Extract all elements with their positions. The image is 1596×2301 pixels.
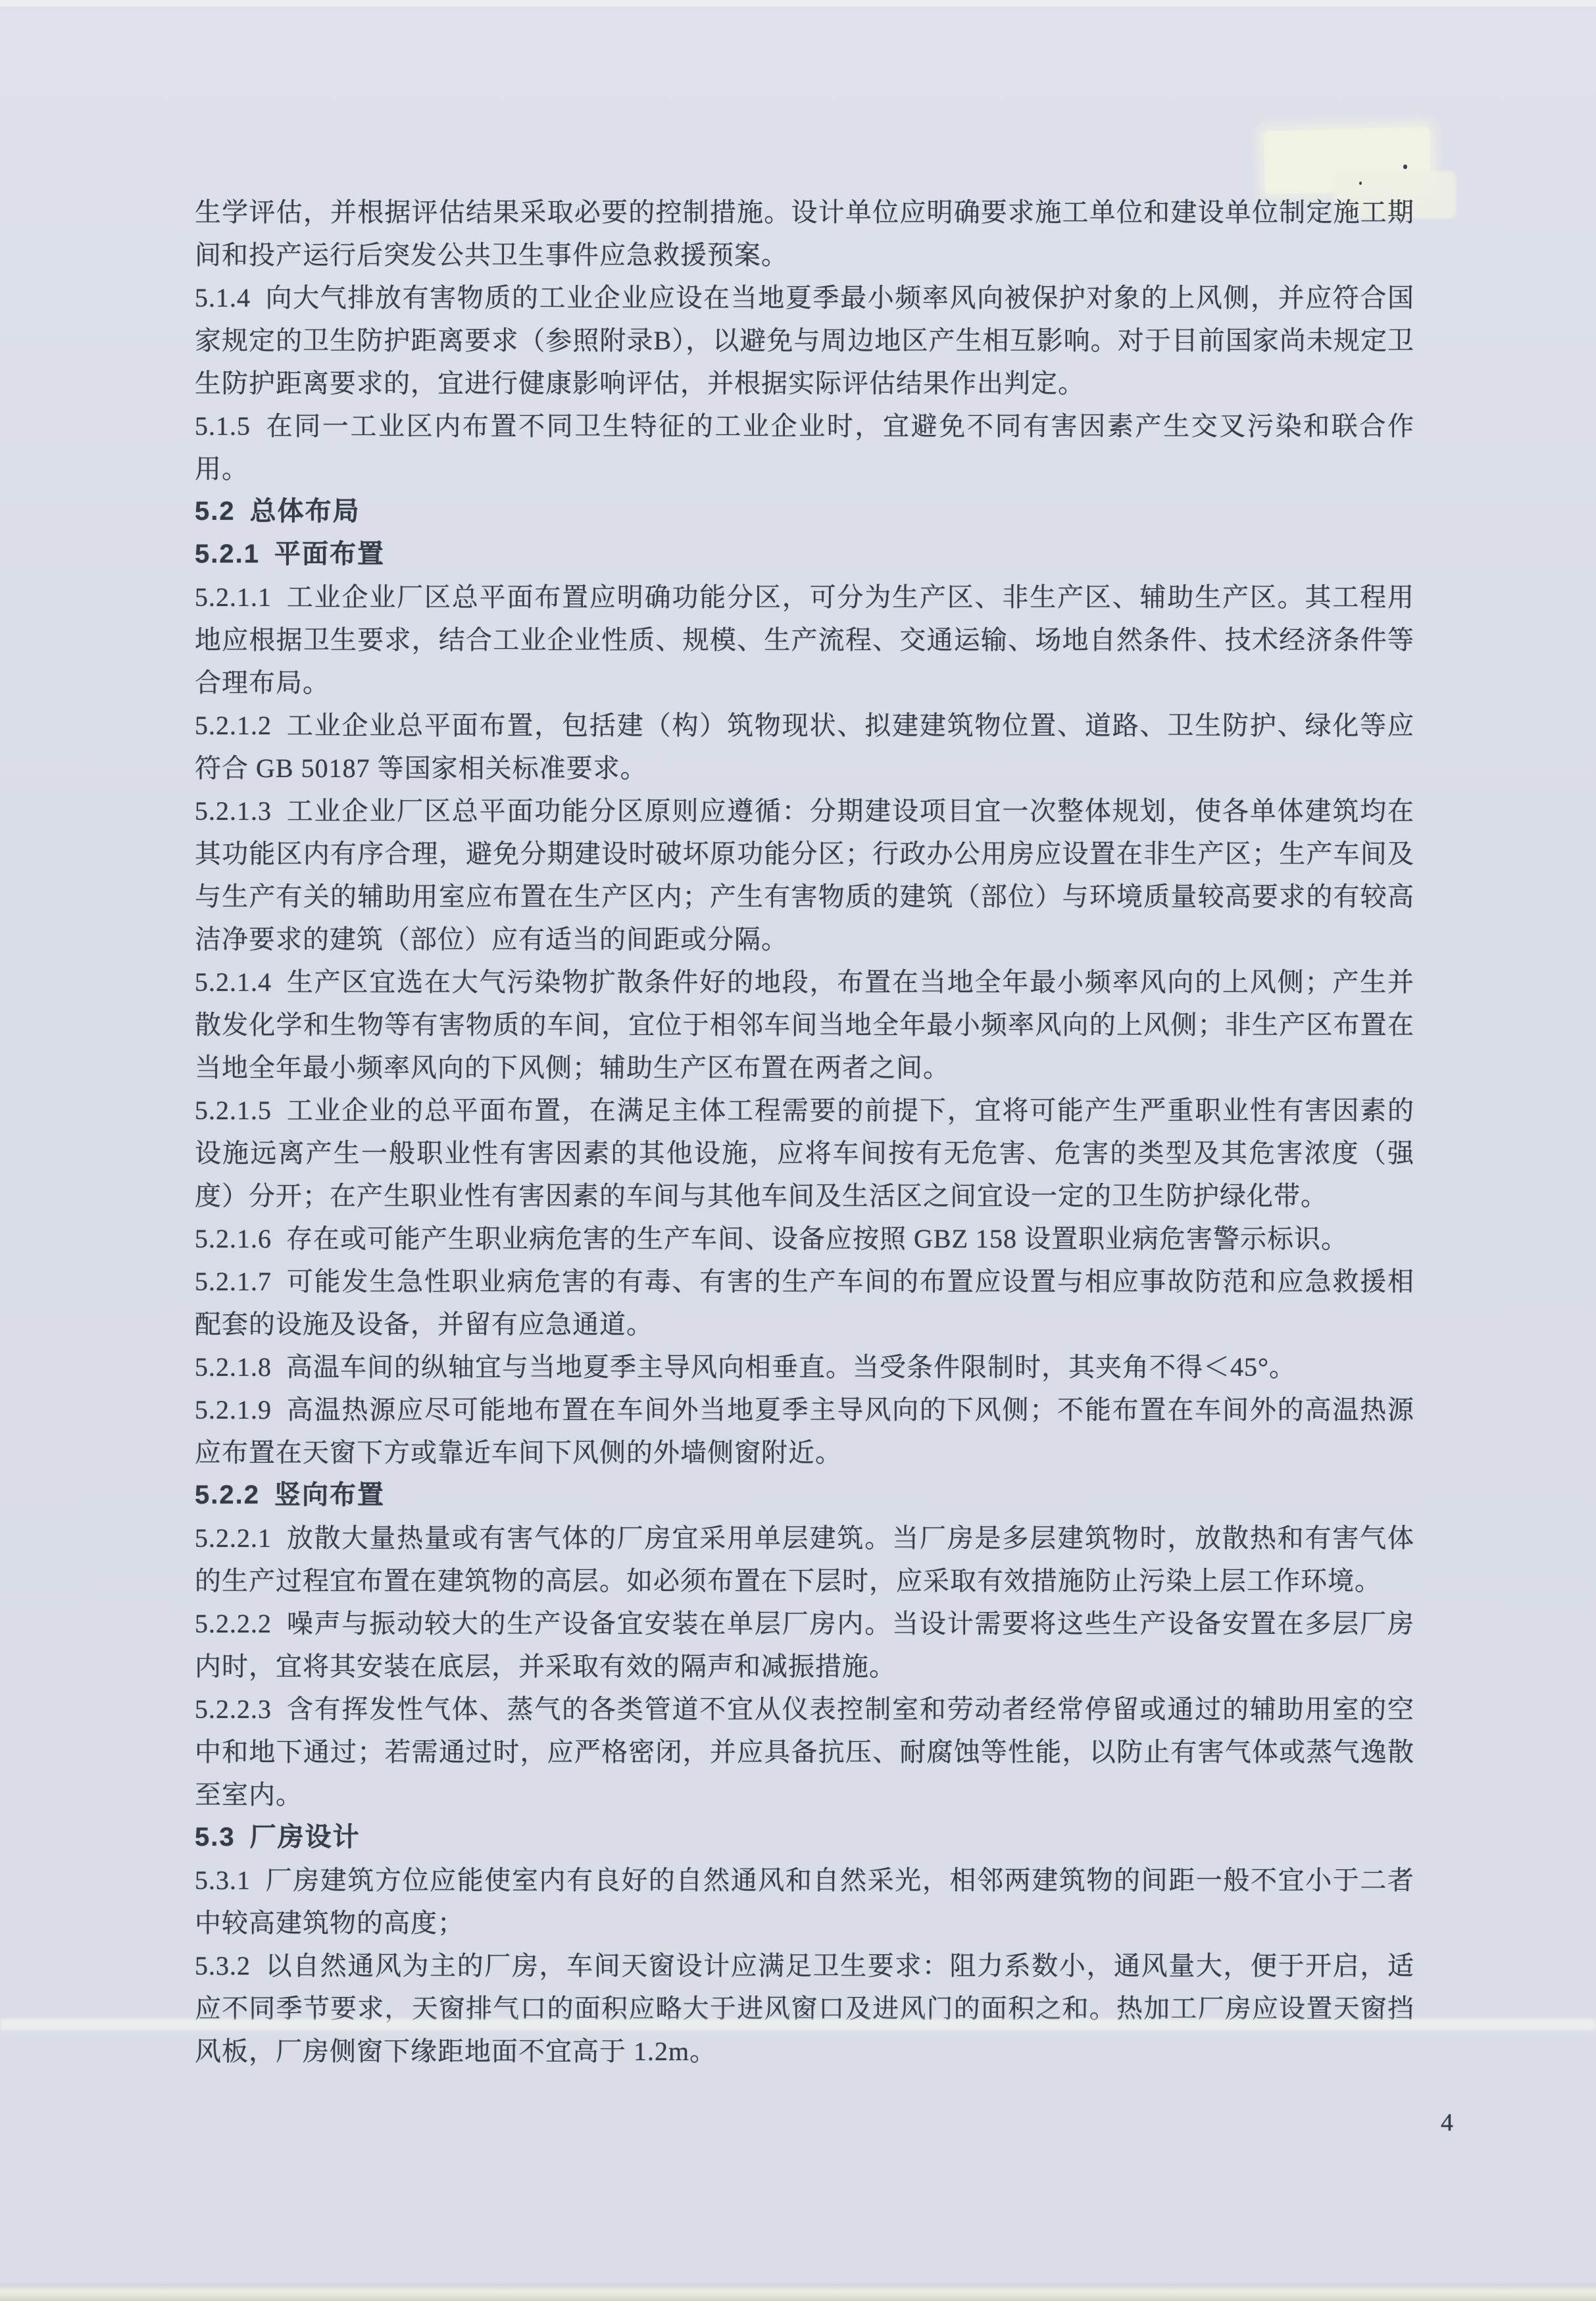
clause-5-1-5: 5.1.5在同一工业区内布置不同卫生特征的工业企业时，宜避免不同有害因素产生交叉… xyxy=(195,405,1414,490)
clause-5-2-1-3: 5.2.1.3工业企业厂区总平面功能分区原则应遵循：分期建设项目宜一次整体规划，… xyxy=(195,790,1414,961)
clause-5-2-2: 5.2.2竖向布置 xyxy=(195,1474,1414,1517)
clause-5-2-1-2: 5.2.1.2工业企业总平面布置，包括建（构）筑物现状、拟建建筑物位置、道路、卫… xyxy=(195,704,1414,790)
paragraph-continuation: 生学评估，并根据评估结果采取必要的控制措施。设计单位应明确要求施工单位和建设单位… xyxy=(195,191,1414,276)
clause-number: 5.2.1.3 xyxy=(195,796,286,826)
scanned-document-page: 生学评估，并根据评估结果采取必要的控制措施。设计单位应明确要求施工单位和建设单位… xyxy=(0,0,1596,2301)
clause-5-2-1-9: 5.2.1.9高温热源应尽可能地布置在车间外当地夏季主导风向的下风侧；不能布置在… xyxy=(195,1388,1414,1474)
clause-text: 高温热源应尽可能地布置在车间外当地夏季主导风向的下风侧；不能布置在车间外的高温热… xyxy=(195,1395,1414,1467)
scan-speck xyxy=(1359,182,1362,185)
clause-5-3: 5.3厂房设计 xyxy=(195,1816,1414,1859)
clause-text: 工业企业厂区总平面功能分区原则应遵循：分期建设项目宜一次整体规划，使各单体建筑均… xyxy=(195,796,1414,954)
scan-top-edge xyxy=(0,0,1596,7)
clause-text: 总体布局 xyxy=(250,497,361,526)
clause-5-2-1-5: 5.2.1.5工业企业的总平面布置，在满足主体工程需要的前提下，宜将可能产生严重… xyxy=(195,1089,1414,1217)
clause-number: 5.1.4 xyxy=(195,283,265,313)
clause-number: 5.3.2 xyxy=(195,1951,265,1981)
clause-5-2-1: 5.2.1平面布置 xyxy=(195,533,1414,576)
clause-text: 平面布置 xyxy=(274,540,385,569)
clause-number: 5.3.1 xyxy=(195,1865,265,1895)
document-text: 生学评估，并根据评估结果采取必要的控制措施。设计单位应明确要求施工单位和建设单位… xyxy=(195,191,1414,2073)
clause-text: 厂房设计 xyxy=(250,1823,361,1852)
clause-text: 厂房建筑方位应能使室内有良好的自然通风和自然采光，相邻两建筑物的间距一般不宜小于… xyxy=(195,1865,1414,1938)
clause-number: 5.2.1.2 xyxy=(195,711,286,740)
clause-number: 5.2.1.7 xyxy=(195,1267,286,1296)
clause-number: 5.2.1.1 xyxy=(195,582,286,612)
clause-text: 生产区宜选在大气污染物扩散条件好的地段，布置在当地全年最小频率风向的上风侧；产生… xyxy=(195,967,1414,1082)
clause-5-2-1-1: 5.2.1.1工业企业厂区总平面布置应明确功能分区，可分为生产区、非生产区、辅助… xyxy=(195,576,1414,704)
clause-text: 存在或可能产生职业病危害的生产车间、设备应按照 GBZ 158 设置职业病危害警… xyxy=(286,1224,1348,1253)
clause-text: 工业企业总平面布置，包括建（构）筑物现状、拟建建筑物位置、道路、卫生防护、绿化等… xyxy=(195,711,1414,783)
clause-text: 工业企业厂区总平面布置应明确功能分区，可分为生产区、非生产区、辅助生产区。其工程… xyxy=(195,582,1414,697)
clause-number: 5.2.1.4 xyxy=(195,967,286,997)
clause-number: 5.2.2 xyxy=(195,1480,274,1509)
clause-text: 竖向布置 xyxy=(274,1480,385,1509)
whiteout-mark xyxy=(1264,127,1431,195)
clause-5-2-2-1: 5.2.2.1放散大量热量或有害气体的厂房宜采用单层建筑。当厂房是多层建筑物时，… xyxy=(195,1517,1414,1602)
clause-5-3-1: 5.3.1厂房建筑方位应能使室内有良好的自然通风和自然采光，相邻两建筑物的间距一… xyxy=(195,1859,1414,1944)
clause-5-2-2-2: 5.2.2.2噪声与振动较大的生产设备宜安装在单层厂房内。当设计需要将这些生产设… xyxy=(195,1602,1414,1688)
clause-number: 5.2.1 xyxy=(195,540,274,569)
clause-text: 噪声与振动较大的生产设备宜安装在单层厂房内。当设计需要将这些生产设备安置在多层厂… xyxy=(195,1609,1414,1681)
clause-5-1-4: 5.1.4向大气排放有害物质的工业企业应设在当地夏季最小频率风向被保护对象的上风… xyxy=(195,276,1414,405)
clause-number: 5.2.1.6 xyxy=(195,1224,286,1253)
clause-text: 在同一工业区内布置不同卫生特征的工业企业时，宜避免不同有害因素产生交叉污染和联合… xyxy=(195,411,1414,484)
clause-number: 5.2 xyxy=(195,497,250,526)
clause-5-2-1-7: 5.2.1.7可能发生急性职业病危害的有毒、有害的生产车间的布置应设置与相应事故… xyxy=(195,1260,1414,1346)
clause-5-3-2: 5.3.2以自然通风为主的厂房，车间天窗设计应满足卫生要求：阻力系数小，通风量大… xyxy=(195,1944,1414,2073)
page-number: 4 xyxy=(1441,2107,1453,2138)
clause-number: 5.2.1.5 xyxy=(195,1096,286,1125)
clause-text: 以自然通风为主的厂房，车间天窗设计应满足卫生要求：阻力系数小，通风量大，便于开启… xyxy=(195,1951,1414,2066)
clause-number: 5.2.2.3 xyxy=(195,1694,286,1724)
clause-5-2: 5.2总体布局 xyxy=(195,490,1414,533)
clause-number: 5.2.2.1 xyxy=(195,1523,286,1553)
clause-number: 5.2.1.9 xyxy=(195,1395,286,1425)
clause-text: 向大气排放有害物质的工业企业应设在当地夏季最小频率风向被保护对象的上风侧，并应符… xyxy=(195,283,1414,398)
clause-number: 5.3 xyxy=(195,1823,250,1852)
clause-5-2-1-4: 5.2.1.4生产区宜选在大气污染物扩散条件好的地段，布置在当地全年最小频率风向… xyxy=(195,961,1414,1089)
clause-text: 生学评估，并根据评估结果采取必要的控制措施。设计单位应明确要求施工单位和建设单位… xyxy=(195,197,1414,270)
clause-5-2-1-8: 5.2.1.8高温车间的纵轴宜与当地夏季主导风向相垂直。当受条件限制时，其夹角不… xyxy=(195,1346,1414,1388)
clause-text: 工业企业的总平面布置，在满足主体工程需要的前提下，宜将可能产生严重职业性有害因素… xyxy=(195,1096,1414,1211)
clause-text: 含有挥发性气体、蒸气的各类管道不宜从仪表控制室和劳动者经常停留或通过的辅助用室的… xyxy=(195,1694,1414,1809)
clause-number: 5.2.2.2 xyxy=(195,1609,286,1638)
clause-5-2-1-6: 5.2.1.6存在或可能产生职业病危害的生产车间、设备应按照 GBZ 158 设… xyxy=(195,1217,1414,1260)
page-bottom-edge xyxy=(0,2284,1596,2301)
clause-number: 5.1.5 xyxy=(195,411,265,441)
clause-text: 可能发生急性职业病危害的有毒、有害的生产车间的布置应设置与相应事故防范和应急救援… xyxy=(195,1267,1414,1339)
scan-speck xyxy=(1403,164,1407,169)
clause-number: 5.2.1.8 xyxy=(195,1352,286,1382)
clause-5-2-2-3: 5.2.2.3含有挥发性气体、蒸气的各类管道不宜从仪表控制室和劳动者经常停留或通… xyxy=(195,1688,1414,1816)
clause-text: 放散大量热量或有害气体的厂房宜采用单层建筑。当厂房是多层建筑物时，放散热和有害气… xyxy=(195,1523,1414,1596)
clause-text: 高温车间的纵轴宜与当地夏季主导风向相垂直。当受条件限制时，其夹角不得＜45°。 xyxy=(286,1352,1296,1382)
